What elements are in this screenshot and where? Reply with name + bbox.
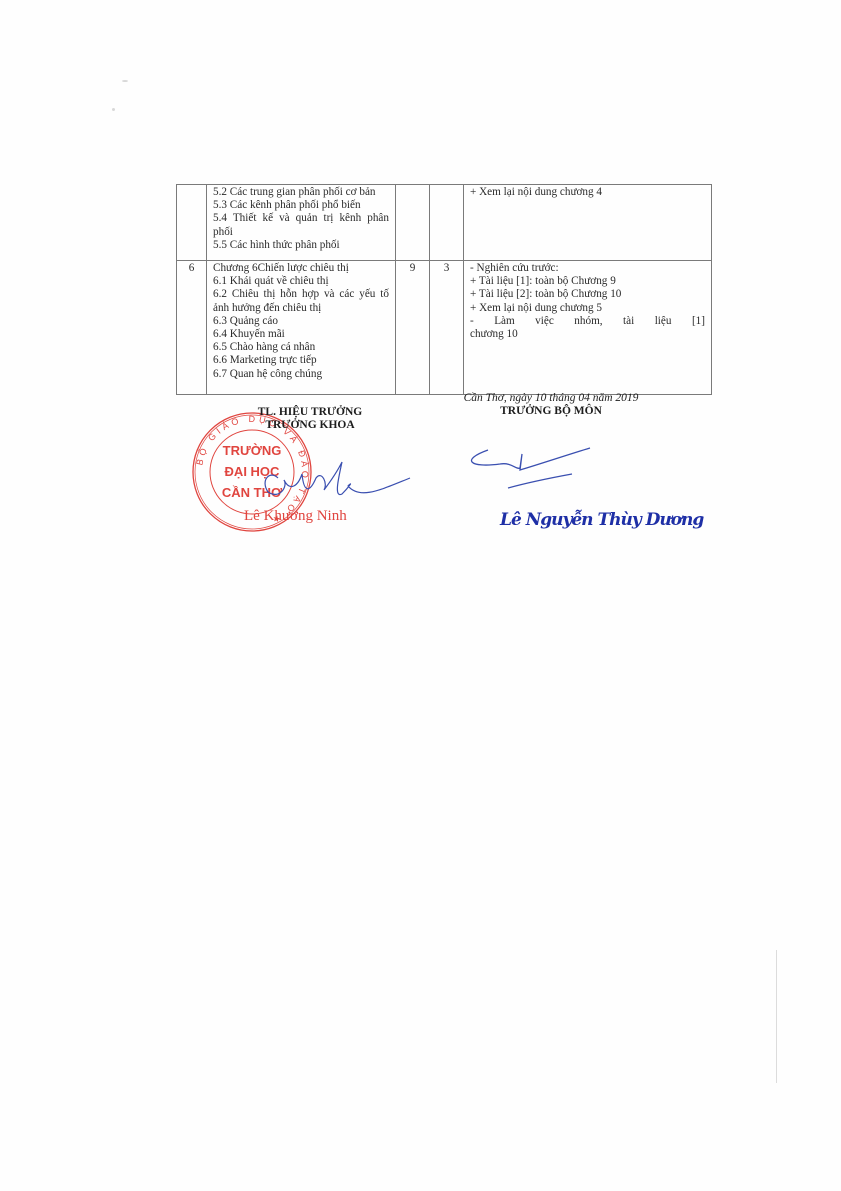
content-line: 5.5 Các hình thức phân phối [213, 239, 389, 252]
task-line: + Xem lại nội dung chương 4 [470, 186, 705, 199]
signer-title: TL. HIỆU TRƯỞNG [220, 406, 400, 419]
content-line: phối [213, 226, 389, 239]
task-line: + Tài liệu [2]: toàn bộ Chương 10 [470, 288, 705, 301]
principal-signature-block: TL. HIỆU TRƯỞNG TRƯỞNG KHOA [220, 406, 400, 432]
content-line: Chương 6Chiến lược chiêu thị [213, 262, 389, 275]
cell-student-tasks: + Xem lại nội dung chương 4 [464, 185, 712, 261]
signing-date: Cần Thơ, ngày 10 tháng 04 năm 2019 [446, 392, 656, 405]
content-line: ảnh hưởng đến chiêu thị [213, 302, 389, 315]
content-line: 5.3 Các kênh phân phối phổ biến [213, 199, 389, 212]
cell-chapter-number: 6 [177, 261, 207, 395]
content-line: 6.6 Marketing trực tiếp [213, 354, 389, 367]
task-line: - Nghiên cứu trước: [470, 262, 705, 275]
content-line: 6.5 Chào hàng cá nhân [213, 341, 389, 354]
cell-student-tasks: - Nghiên cứu trước: + Tài liệu [1]: toàn… [464, 261, 712, 395]
handwritten-signature-icon [460, 440, 600, 500]
signer-title: TRƯỞNG KHOA [220, 419, 400, 432]
cell-theory-hours [396, 185, 430, 261]
content-line: 5.2 Các trung gian phân phối cơ bản [213, 186, 389, 199]
signer-title: TRƯỞNG BỘ MÔN [446, 405, 656, 418]
content-line: 6.7 Quan hệ công chúng [213, 368, 389, 381]
table-row: 6 Chương 6Chiến lược chiêu thị 6.1 Khái … [177, 261, 712, 395]
task-line: - Làm việc nhóm, tài liệu [1] [470, 315, 705, 328]
content-line: 6.3 Quảng cáo [213, 315, 389, 328]
content-line: 5.4 Thiết kế và quản trị kênh phân [213, 212, 389, 225]
task-line: + Xem lại nội dung chương 5 [470, 302, 705, 315]
cell-practice-hours: 3 [430, 261, 464, 395]
content-line: 6.1 Khái quát về chiêu thị [213, 275, 389, 288]
scan-artifact-line [776, 950, 777, 1083]
content-line: 6.4 Khuyến mãi [213, 328, 389, 341]
signer-name: Lê Nguyễn Thùy Dương [500, 510, 703, 530]
content-line: 6.2 Chiêu thị hỗn hợp và các yếu tố [213, 288, 389, 301]
cell-theory-hours: 9 [396, 261, 430, 395]
task-line: + Tài liệu [1]: toàn bộ Chương 9 [470, 275, 705, 288]
cell-content: Chương 6Chiến lược chiêu thị 6.1 Khái qu… [207, 261, 396, 395]
document-page: 5.2 Các trung gian phân phối cơ bản 5.3 … [0, 0, 841, 1191]
cell-chapter-number [177, 185, 207, 261]
table-row: 5.2 Các trung gian phân phối cơ bản 5.3 … [177, 185, 712, 261]
scan-speck [122, 80, 128, 82]
scan-speck [112, 108, 115, 111]
cell-practice-hours [430, 185, 464, 261]
department-head-signature-block: Cần Thơ, ngày 10 tháng 04 năm 2019 TRƯỞN… [446, 392, 656, 418]
syllabus-table: 5.2 Các trung gian phân phối cơ bản 5.3 … [176, 184, 712, 395]
task-line: chương 10 [470, 328, 705, 341]
cell-content: 5.2 Các trung gian phân phối cơ bản 5.3 … [207, 185, 396, 261]
signer-name: Lê Khương Ninh [244, 508, 347, 525]
